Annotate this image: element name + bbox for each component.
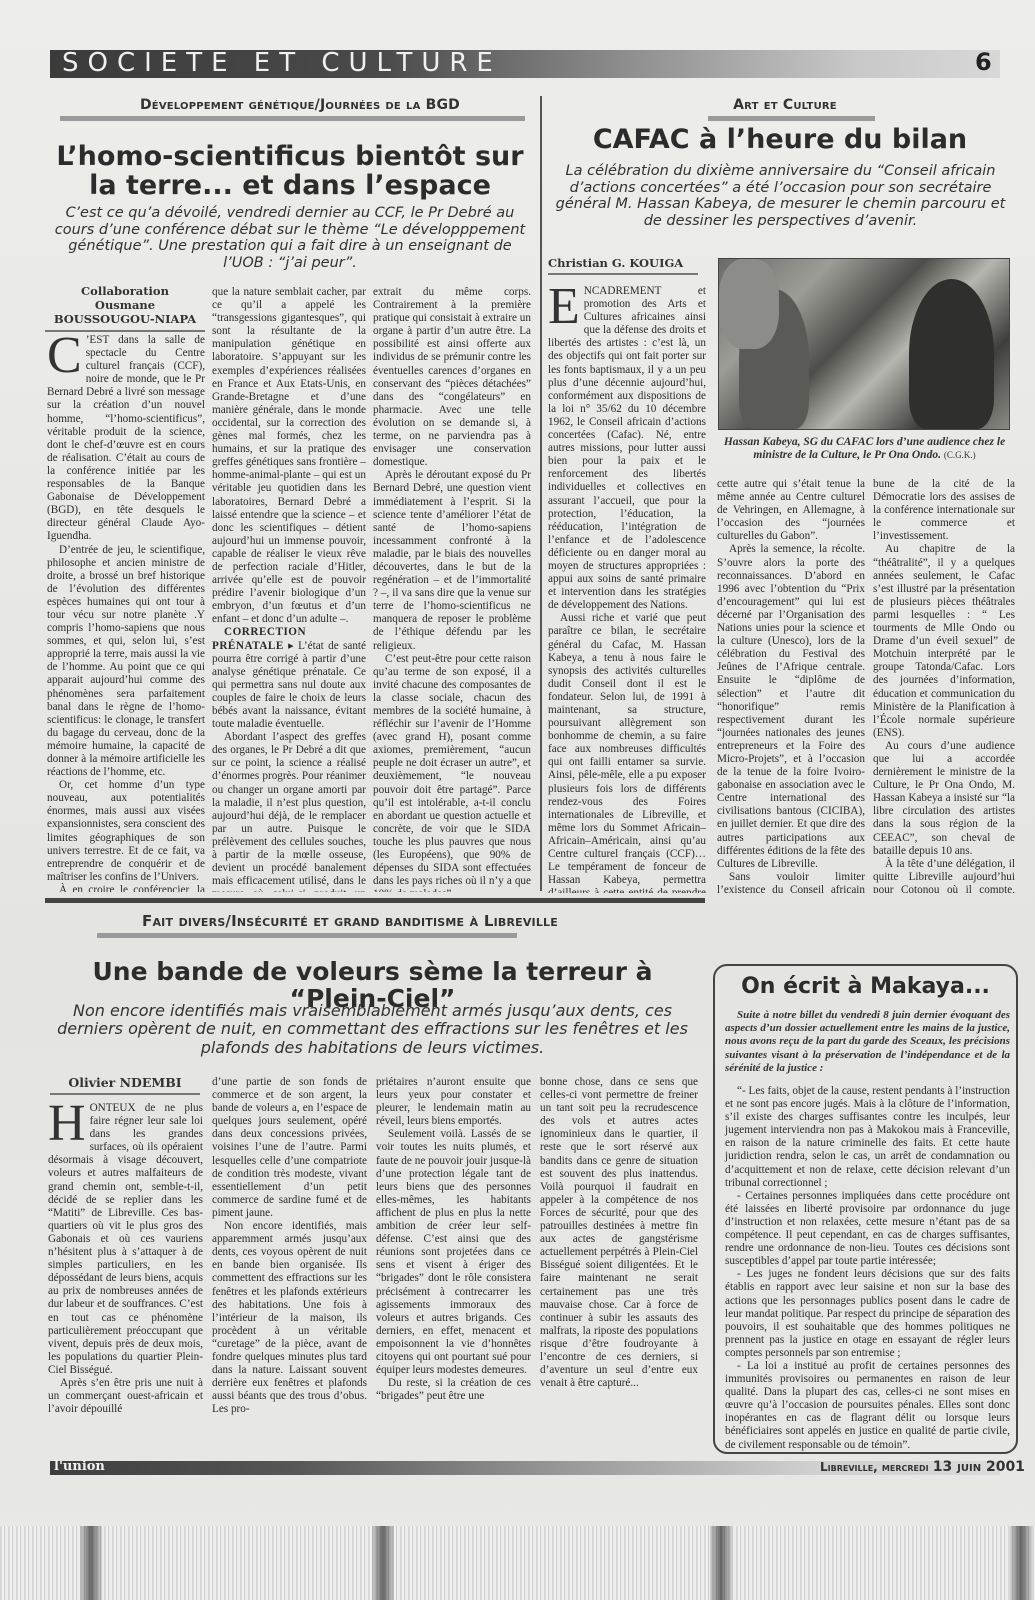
paragraph: Après la semence, la récolte. S’ouvre al… — [717, 543, 865, 870]
column-divider — [540, 96, 542, 891]
article3-rubric: Fait divers/Insécurité et grand banditis… — [100, 912, 600, 930]
photo-figure-right — [909, 279, 994, 429]
article2-byline: Christian G. KOUIGA — [548, 257, 698, 271]
paragraph: d’une partie de son fonds de commerce et… — [212, 1076, 367, 1220]
article3-column-2: d’une partie de son fonds de commerce et… — [212, 1076, 367, 1457]
article1-rubric-bar — [60, 116, 525, 121]
letter-box: On écrit à Makaya... Suite à notre bille… — [713, 964, 1018, 1454]
paragraph: Au chapitre de la “théâtralité”, il y a … — [873, 543, 1015, 739]
article2-photo-caption: Hassan Kabeya, SG du CAFAC lors d’une au… — [712, 436, 1017, 462]
article1-deck: C’est ce qu’a dévoilé, vendredi dernier … — [50, 205, 530, 272]
byline-line-2: Ousmane — [45, 299, 205, 313]
paragraph: C’est peut-être pour cette raison qu’au … — [373, 653, 531, 892]
paragraph: - La loi a institué au profit de certain… — [725, 1360, 1010, 1452]
byline-rule — [50, 1093, 200, 1095]
paragraph: Après s’en être pris une nuit à un comme… — [48, 1377, 203, 1416]
article1-rubric: Développement génétique/Journées de la B… — [80, 97, 520, 113]
dropcap: H — [48, 1104, 86, 1144]
article1-column-2: que la nature semblait cacher, par ce qu… — [212, 286, 366, 892]
paragraph: - Les juges ne fondent leurs décisions q… — [725, 1268, 1010, 1360]
paragraph: À en croire le conférencier, la science … — [47, 884, 205, 892]
article3-rubric-bar — [97, 933, 517, 938]
paragraph: cette autre qui s’était tenue la même an… — [717, 478, 865, 543]
letter-box-body: “- Les faits, objet de la cause, restent… — [725, 1085, 1010, 1452]
paragraph: que la nature semblait cacher, par ce qu… — [212, 286, 366, 626]
paragraph: Non encore identifiés, mais apparemment … — [212, 1220, 367, 1416]
byline-rule — [548, 273, 698, 275]
letter-box-title: On écrit à Makaya... — [715, 974, 1016, 999]
paragraph: À la tête d’une délégation, il quitte Li… — [873, 858, 1015, 893]
dropcap: C — [47, 336, 82, 376]
article1-byline: Collaboration Ousmane BOUSSOUGOU-NIAPA — [45, 285, 205, 332]
dateline: Libreville, mercredi 13 juin 2001 — [820, 1459, 1025, 1475]
byline-line-3: BOUSSOUGOU-NIAPA — [45, 313, 205, 327]
byline-line-1: Collaboration — [45, 285, 205, 299]
article3-column-4: bonne chose, dans ce sens que celles-ci … — [540, 1076, 698, 1457]
letter-box-intro: Suite à notre billet du vendredi 8 juin … — [725, 1009, 1010, 1075]
paragraph: bonne chose, dans ce sens que celles-ci … — [540, 1076, 698, 1390]
paragraph: Après le déroutant exposé du Pr Bernard … — [373, 469, 531, 652]
paragraph: Du reste, si la création de ces “brigade… — [376, 1377, 531, 1403]
scan-streak — [710, 1526, 732, 1600]
scan-streak — [372, 1526, 394, 1600]
article3-byline: Olivier NDEMBI — [50, 1075, 200, 1090]
dateline-date: 13 juin 2001 — [933, 1459, 1025, 1475]
article2-rubric: Art et Culture — [710, 97, 860, 113]
article1-column-1: C’EST dans la salle de spectacle du Cent… — [47, 334, 205, 892]
page-number: 6 — [975, 48, 992, 76]
paragraph: priétaires n’auront ensuite que leurs ye… — [376, 1076, 531, 1128]
newspaper-page: SOCIETE ET CULTURE 6 Développement génét… — [0, 0, 1035, 1600]
article3-column-1: HONTEUX de ne plus faire régner leur sal… — [48, 1102, 203, 1457]
paragraph: bune de la cité de la Démocratie lors de… — [873, 478, 1015, 543]
article1-column-3: extrait du même corps. Contrairement à l… — [373, 286, 531, 892]
scan-streak — [1010, 1526, 1032, 1600]
scan-streak — [80, 1526, 102, 1600]
section-title: SOCIETE ET CULTURE — [62, 48, 502, 78]
paragraph: Aussi riche et varié que peut paraître c… — [548, 612, 706, 893]
paragraph: Sans vouloir limiter l’existence du Cons… — [717, 871, 865, 893]
article2-headline: CAFAC à l’heure du bilan — [550, 125, 1010, 154]
subhead: CORRECTION PRÉNATALE — [212, 626, 306, 651]
article2-column-1: ENCADREMENT et promotion des Arts et Cul… — [548, 285, 706, 893]
article2-photo — [718, 258, 1010, 430]
article2-column-3: bune de la cité de la Démocratie lors de… — [873, 478, 1015, 893]
dateline-prefix: Libreville, mercredi — [820, 1460, 929, 1474]
photo-plant — [719, 259, 779, 349]
paragraph: Au cours d’une audience que lui a accord… — [873, 740, 1015, 858]
paragraph: Abordant l’aspect des greffes des organe… — [212, 731, 366, 892]
horizontal-divider — [45, 898, 705, 903]
paragraph: Seulement voilà. Lassés de se voir toute… — [376, 1128, 531, 1377]
scan-noise-strip — [0, 1526, 1035, 1600]
paragraph: “- Les faits, objet de la cause, restent… — [725, 1085, 1010, 1190]
article3-column-3: priétaires n’auront ensuite que leurs ye… — [376, 1076, 531, 1457]
paragraph: Or, cet homme d’un type nouveau, aux pot… — [47, 779, 205, 884]
article2-rubric-bar — [708, 116, 875, 121]
paragraph: extrait du même corps. Contrairement à l… — [373, 286, 531, 469]
paragraph: - Certaines personnes impliquées dans ce… — [725, 1190, 1010, 1269]
paragraph: L’état de santé pourra être corrigé à pa… — [212, 640, 366, 731]
newspaper-logo: l'union — [54, 1459, 105, 1474]
article3-deck: Non encore identifiés mais vraisemblable… — [45, 1002, 700, 1057]
article2-deck: La célébration du dixième anniversaire d… — [548, 163, 1013, 230]
byline-rule — [45, 330, 205, 332]
article2-column-2: cette autre qui s’était tenue la même an… — [717, 478, 865, 893]
photo-credit: (C.G.K.) — [944, 450, 976, 460]
dropcap: E — [548, 287, 580, 327]
article1-headline: L’homo-scientificus bientôt sur la terre… — [45, 142, 535, 200]
paragraph: D’entrée de jeu, le scientifique, philos… — [47, 544, 205, 780]
